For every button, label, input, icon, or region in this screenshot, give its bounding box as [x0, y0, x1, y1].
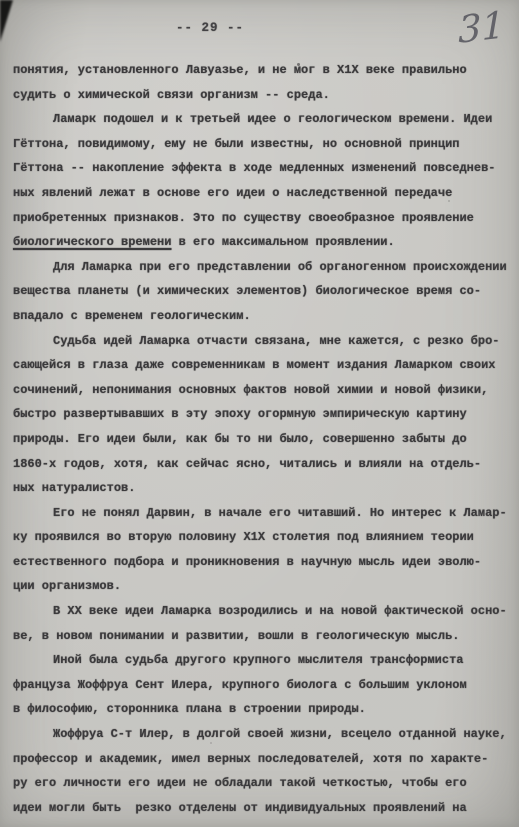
text-line: Для Ламарка при его представлении об орг…	[13, 255, 507, 280]
text-line: профессор и академик, имел верных послед…	[13, 747, 507, 772]
text-line: 1860-х годов, хотя, как сейчас ясно, чит…	[13, 452, 507, 477]
text-line: француза Жоффруа Сент Илера, крупного би…	[13, 673, 507, 698]
text-line: Гёттона -- накопление эффекта в ходе мед…	[13, 156, 507, 181]
text-line: впадало с временем геологическим.	[13, 304, 507, 329]
paragraph: понятия, установленного Лавуазье, и не м…	[13, 58, 507, 107]
underlined-phrase: биологического времени	[13, 235, 171, 249]
scan-speck	[62, 583, 64, 585]
text-line: Жоффруа С-т Илер, в долгой своей жизни, …	[13, 722, 507, 747]
paragraph: Иной была судьба другого крупного мыслит…	[13, 648, 507, 722]
text-line: естественного подбора и проникновения в …	[13, 550, 507, 575]
text-line: Иной была судьба другого крупного мыслит…	[13, 648, 507, 673]
text-line: Ламарк подошел и к третьей идее о геолог…	[13, 107, 507, 132]
text-line: сочинений, непонимания основных фактов н…	[13, 378, 507, 403]
text-line: биологического времени в его максимально…	[13, 230, 507, 255]
text-line: приобретенных признаков. Это по существу…	[13, 206, 507, 231]
text-line: Его не понял Дарвин, в начале его читавш…	[13, 501, 507, 526]
text-line: вещества планеты (и химических элементов…	[13, 279, 507, 304]
text-line: Судьба идей Ламарка отчасти связана, мне…	[13, 329, 507, 354]
text-line: ку проявился во вторую половину X1X стол…	[13, 525, 507, 550]
text-line: природы. Его идеи были, как бы то ни был…	[13, 427, 507, 452]
scan-speck	[297, 63, 300, 66]
scan-corner-mark	[0, 0, 13, 42]
page-number: -- 29 --	[176, 21, 244, 35]
paragraph: В XX веке идеи Ламарка возродились и на …	[13, 599, 507, 648]
paragraph: Жоффруа С-т Илер, в долгой своей жизни, …	[13, 722, 507, 820]
text-line: идеи могли быть резко отделены от индиви…	[13, 796, 507, 821]
paragraph: Судьба идей Ламарка отчасти связана, мне…	[13, 329, 507, 501]
text-line: понятия, установленного Лавуазье, и не м…	[13, 58, 507, 83]
text-line: В XX веке идеи Ламарка возродились и на …	[13, 599, 507, 624]
paragraph: Для Ламарка при его представлении об орг…	[13, 255, 507, 329]
scan-speck	[448, 200, 450, 202]
text-line: в философию, сторонника плана в строении…	[13, 697, 507, 722]
scanned-page: -- 29 -- 31 понятия, установленного Лаву…	[0, 0, 519, 827]
text-line: ных натуралистов.	[13, 476, 507, 501]
handwritten-folio: 31	[458, 3, 505, 52]
text-line: сающейся в глаза даже современникам в мо…	[13, 353, 507, 378]
text-line: ру его личности его идеи не обладали так…	[13, 771, 507, 796]
scan-speck	[210, 742, 212, 744]
text-line: ве, в новом понимании и развитии, вошли …	[13, 624, 507, 649]
document-body: понятия, установленного Лавуазье, и не м…	[13, 58, 507, 820]
paragraph: Ламарк подошел и к третьей идее о геолог…	[13, 107, 507, 255]
text-line: Гёттона, повидимому, ему не были известн…	[13, 132, 507, 157]
text-line: быстро развертывавших в эту эпоху огормн…	[13, 402, 507, 427]
text-line: ции организмов.	[13, 574, 507, 599]
text-line: судить о химической связи организм -- ср…	[13, 83, 507, 108]
text-line: ных явлений лежат в основе его идеи о на…	[13, 181, 507, 206]
paragraph: Его не понял Дарвин, в начале его читавш…	[13, 501, 507, 599]
